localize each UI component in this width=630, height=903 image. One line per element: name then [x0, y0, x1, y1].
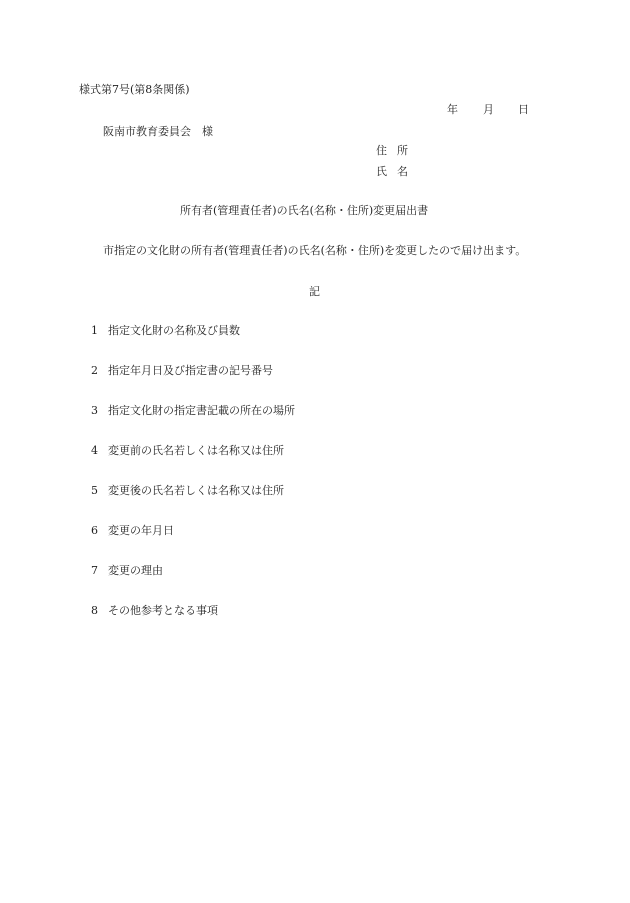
item-number: 3: [91, 404, 108, 418]
document-title: 所有者(管理責任者)の氏名(名称・住所)変更届出書: [180, 204, 428, 218]
item-text: 変更の理由: [108, 564, 163, 577]
date-year-label: 年: [447, 103, 458, 117]
list-item: 7変更の理由: [91, 564, 163, 578]
list-item: 4変更前の氏名若しくは名称又は住所: [91, 444, 284, 458]
item-text: 指定文化財の指定書記載の所在の場所: [108, 404, 295, 417]
item-number: 8: [91, 604, 108, 618]
item-number: 2: [91, 364, 108, 378]
item-text: 変更前の氏名若しくは名称又は住所: [108, 444, 284, 457]
list-item: 3指定文化財の指定書記載の所在の場所: [91, 404, 295, 418]
item-number: 1: [91, 324, 108, 338]
ki-heading: 記: [309, 285, 320, 299]
body-text: 市指定の文化財の所有者(管理責任者)の氏名(名称・住所)を変更したので届け出ます…: [103, 244, 526, 258]
item-number: 4: [91, 444, 108, 458]
list-item: 5変更後の氏名若しくは名称又は住所: [91, 484, 284, 498]
item-text: 変更後の氏名若しくは名称又は住所: [108, 484, 284, 497]
name-label: 氏名: [376, 165, 418, 179]
address-label: 住所: [376, 144, 418, 158]
date-day-label: 日: [518, 103, 529, 117]
list-item: 8その他参考となる事項: [91, 604, 218, 618]
addressee: 阪南市教育委員会 様: [103, 125, 213, 139]
item-text: その他参考となる事項: [108, 604, 218, 617]
list-item: 6変更の年月日: [91, 524, 174, 538]
item-number: 5: [91, 484, 108, 498]
list-item: 1指定文化財の名称及び員数: [91, 324, 240, 338]
item-number: 6: [91, 524, 108, 538]
list-item: 2指定年月日及び指定書の記号番号: [91, 364, 273, 378]
item-text: 指定文化財の名称及び員数: [108, 324, 240, 337]
item-text: 指定年月日及び指定書の記号番号: [108, 364, 273, 377]
item-number: 7: [91, 564, 108, 578]
item-text: 変更の年月日: [108, 524, 174, 537]
date-month-label: 月: [483, 103, 494, 117]
form-number: 様式第7号(第8条関係): [79, 83, 190, 97]
